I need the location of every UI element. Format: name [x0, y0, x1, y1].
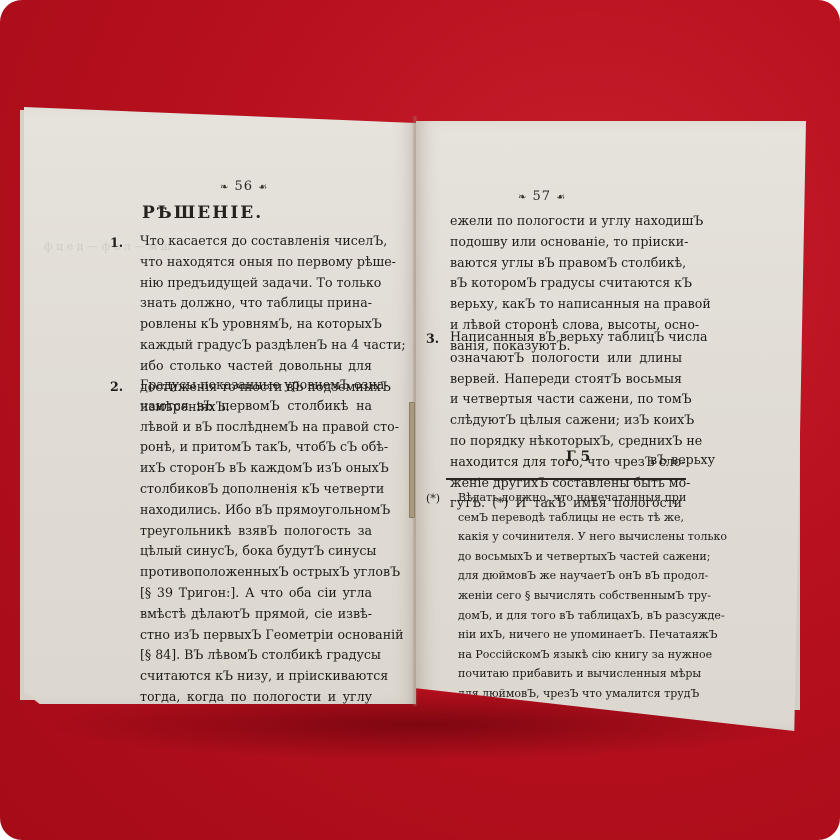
section-heading: РѢШЕНІЕ.: [142, 203, 263, 223]
footnote-divider: [446, 478, 686, 480]
footnote-line: до восьмыхЪ и четвертыхЪ частей сажени;: [458, 547, 684, 567]
text-line: находились. Ибо вЪ прямоугольномЪ: [140, 500, 372, 521]
ornament-left-icon: ❧: [518, 192, 527, 203]
left-page: ф ц е д — ф а л — м ш ❧ 56 ☙ РѢШЕНІЕ. 1.…: [24, 107, 416, 704]
ornament-left-icon: ❧: [220, 182, 229, 193]
text-line: знать должно, что таблицы прина-: [140, 293, 372, 314]
footnote: Вѣдать должно, что напечатанныя при семЪ…: [458, 488, 684, 704]
text-line: вмѣстѣ дѣлаютЪ прямой, сіе извѣ-: [140, 604, 372, 625]
text-line: ваются углы вЪ правомЪ столбикѣ,: [450, 253, 682, 274]
text-line: и четвертыя части сажени, по томЪ: [450, 389, 682, 410]
text-line: чаются вЪ первомЪ столбикѣ на: [140, 396, 372, 417]
paragraph-number: 1.: [110, 235, 123, 250]
text-line: означаютЪ пологости или длины: [450, 348, 682, 369]
ornament-right-icon: ☙: [556, 192, 566, 203]
text-line: ронѣ, и притомЪ такЪ, чтобЪ сЪ обѣ-: [140, 437, 372, 458]
text-line: вЪ которомЪ градусы считаются кЪ: [450, 273, 682, 294]
text-line: [§ 39 Тригон:]. А что оба сіи угла: [140, 583, 372, 604]
text-line: треугольникѣ взявЪ пологость за: [140, 521, 372, 542]
text-line: лѣвой и вЪ послѣднемЪ на правой сто-: [140, 417, 372, 438]
text-line: ибо столько частей довольны для: [140, 356, 372, 377]
text-line: что находятся оныя по первому рѣше-: [140, 252, 372, 273]
page-number: 57: [533, 189, 552, 204]
text-line: Что касается до составленія чиселЪ,: [140, 231, 372, 252]
text-line: верьху, какЪ то написанныя на правой: [450, 294, 682, 315]
paragraph-2: Градусы показанные уровнемЪ озна- чаются…: [140, 375, 372, 729]
footnote-line: ніи ихЪ, ничего не упоминаетЪ. ПечатаяжЪ: [458, 625, 684, 645]
text-line: столбиковЪ дополненія кЪ четверти: [140, 479, 372, 500]
text-line: ежели по пологости и углу находишЪ: [450, 211, 682, 232]
text-line: ровлены кЪ уровнямЪ, на которыхЪ: [140, 314, 372, 335]
paragraph-number: 3.: [426, 331, 439, 346]
text-line: цѣлый синусЪ, бока будутЪ синусы: [140, 541, 372, 562]
footnote-line: на РоссійскомЪ языкѣ сію книгу за нужное: [458, 645, 684, 665]
text-line: считаются кЪ низу, и пріискиваются: [140, 666, 372, 687]
footnote-line: семЪ переводѣ таблицы не есть тѣ же,: [458, 508, 684, 528]
right-page: ❧ 57 ☙ ежели по пологости и углу находиш…: [416, 121, 806, 731]
binding-thread: [409, 402, 415, 518]
text-line: Градусы показанные уровнемЪ озна-: [140, 375, 372, 396]
right-folio: ❧ 57 ☙: [518, 189, 566, 204]
signature-mark: Г 5: [566, 449, 590, 465]
footnote-line: домЪ, и для того вЪ таблицахЪ, вЪ разсуж…: [458, 606, 684, 626]
text-line: слѣдуютЪ цѣлыя сажени; изЪ коихЪ: [450, 410, 682, 431]
footnote-marker: (*): [426, 492, 440, 505]
text-line: подошву или основаніе, то пріиски-: [450, 232, 682, 253]
left-folio: ❧ 56 ☙: [220, 179, 268, 194]
footnote-line: для дюймовЪ же научаетЪ онЪ вЪ продол-: [458, 566, 684, 586]
paragraph-3: Написанныя вЪ верьху таблицЪ числа означ…: [450, 327, 682, 514]
text-line: ихЪ сторонЪ вЪ каждомЪ изЪ оныхЪ: [140, 458, 372, 479]
footnote-line: какія у сочинителя. У него вычислены тол…: [458, 527, 684, 547]
text-line: противоположенныхЪ острыхЪ угловЪ: [140, 562, 372, 583]
photo-frame: ф ц е д — ф а л — м ш ❧ 56 ☙ РѢШЕНІЕ. 1.…: [0, 0, 840, 840]
text-line: каждый градусЪ раздѣленЪ на 4 части;: [140, 335, 372, 356]
footnote-line: Вѣдать должно, что напечатанныя при: [458, 488, 684, 508]
text-line: [§ 84]. ВЪ лѣвомЪ столбикѣ градусы: [140, 645, 372, 666]
catchword: вЪ верьху: [650, 452, 715, 467]
page-number: 56: [235, 179, 254, 194]
footnote-line: женіи сего § вычислять собственнымЪ тру-: [458, 586, 684, 606]
text-line: вервей. Напереди стоятЪ восьмыя: [450, 369, 682, 390]
text-line: нію предъидущей задачи. То только: [140, 273, 372, 294]
footnote-line: почитаю прибавить и вычисленныя мѣры: [458, 664, 684, 684]
paragraph-number: 2.: [110, 379, 123, 394]
text-line: Написанныя вЪ верьху таблицЪ числа: [450, 327, 682, 348]
text-line: стно изЪ первыхЪ Геометріи основаній: [140, 625, 372, 646]
ornament-right-icon: ☙: [258, 182, 268, 193]
